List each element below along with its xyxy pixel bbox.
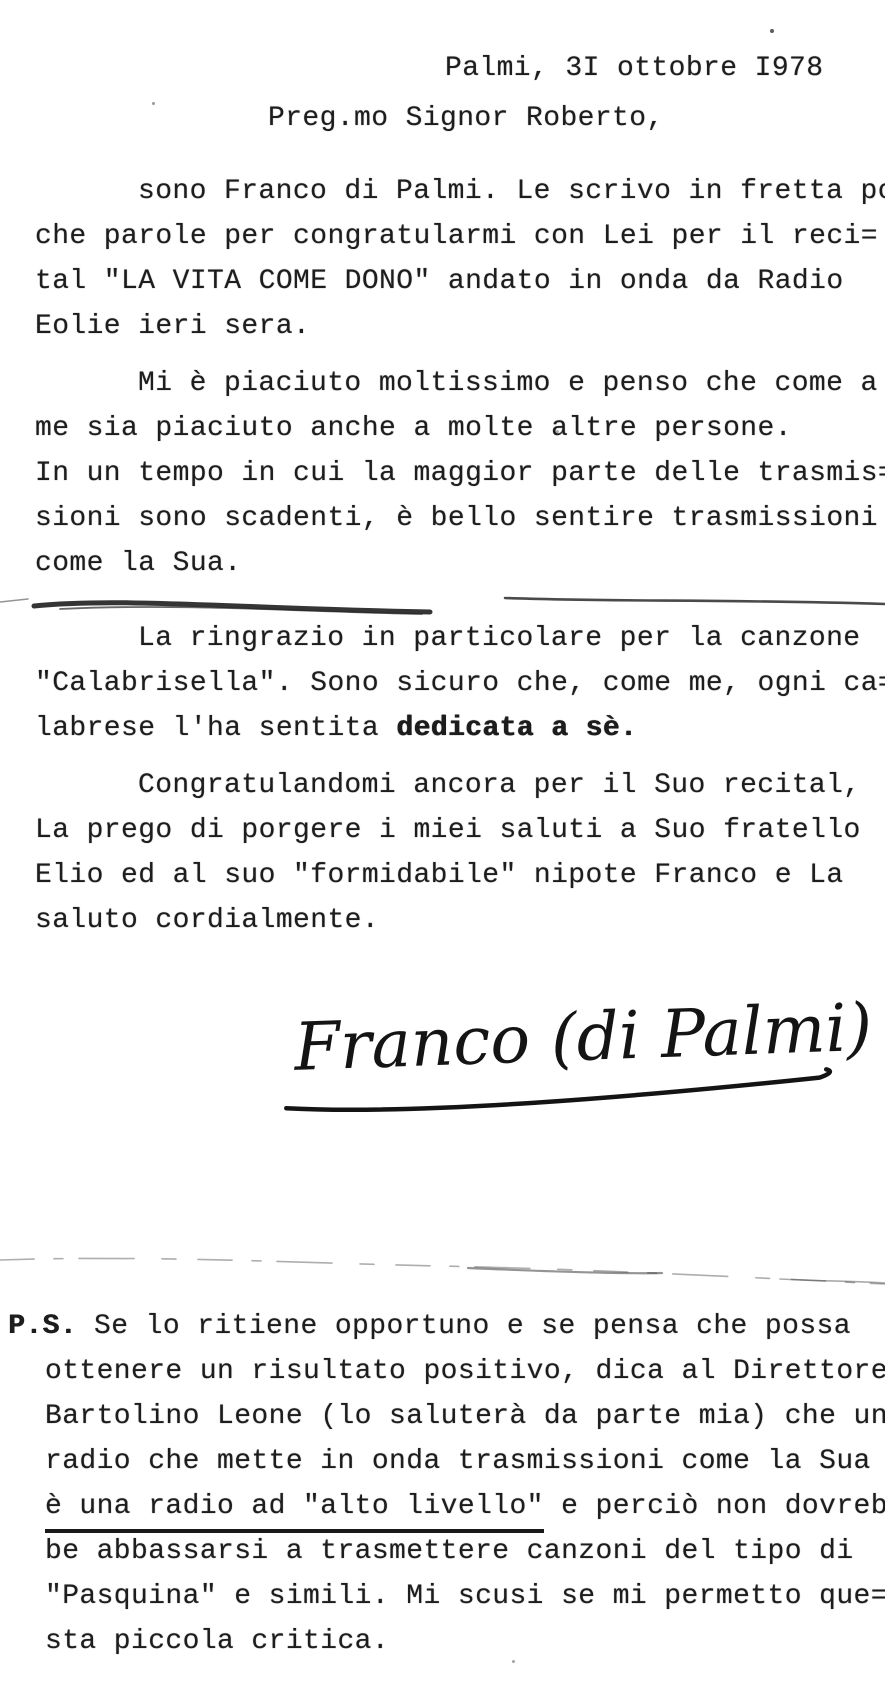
postscript: P.S. Se lo ritiene opportuno e se pensa … xyxy=(8,1304,885,1664)
ps-text: e perciò non dovreb= xyxy=(544,1491,885,1522)
signature: Franco (di Palmi) xyxy=(278,948,878,1118)
body-line: La prego di porgere i miei saluti a Suo … xyxy=(35,808,885,853)
ps-line: P.S. Se lo ritiene opportuno e se pensa … xyxy=(8,1304,885,1349)
scanned-letter-page: { "letter": { "ink_color": "#1d1d1d", "p… xyxy=(0,0,885,1705)
underlined-phrase: è una radio ad "alto livello" xyxy=(45,1488,544,1533)
date-line: Palmi, 3I ottobre I978 xyxy=(445,46,823,91)
ps-text: Se lo ritiene opportuno e se pensa che p… xyxy=(77,1311,851,1342)
paragraph-4: Congratulandomi ancora per il Suo recita… xyxy=(35,763,885,943)
ps-line: sta piccola critica. xyxy=(45,1619,885,1664)
ps-line: Bartolino Leone (lo saluterà da parte mi… xyxy=(45,1394,885,1439)
ps-line: radio che mette in onda trasmissioni com… xyxy=(45,1439,885,1484)
body-line: che parole per congratularmi con Lei per… xyxy=(35,214,885,259)
ps-line: ottenere un risultato positivo, dica al … xyxy=(45,1349,885,1394)
body-text: labrese l'ha sentita xyxy=(35,713,396,744)
scan-speck xyxy=(770,29,774,33)
body-line: sioni sono scadenti, è bello sentire tra… xyxy=(35,496,885,541)
body-line: me sia piaciuto anche a molte altre pers… xyxy=(35,406,885,451)
body-line: Congratulandomi ancora per il Suo recita… xyxy=(35,763,885,808)
ps-line: be abbassarsi a trasmettere canzoni del … xyxy=(45,1529,885,1574)
body-line: In un tempo in cui la maggior parte dell… xyxy=(35,451,885,496)
ps-label: P.S. xyxy=(8,1311,77,1342)
body-line: "Calabrisella". Sono sicuro che, come me… xyxy=(35,661,885,706)
paragraph-1: sono Franco di Palmi. Le scrivo in frett… xyxy=(35,169,885,349)
scan-speck xyxy=(512,1660,515,1663)
scan-speck xyxy=(556,430,559,433)
fold-crease-line xyxy=(0,1246,885,1296)
body-line: come la Sua. xyxy=(35,541,885,586)
body-line: La ringrazio in particolare per la canzo… xyxy=(35,616,885,661)
ps-line: è una radio ad "alto livello" e perciò n… xyxy=(45,1484,885,1529)
ps-line: "Pasquina" e simili. Mi scusi se mi perm… xyxy=(45,1574,885,1619)
body-line: labrese l'ha sentita dedicata a sè. xyxy=(35,706,885,751)
scan-speck xyxy=(152,102,155,105)
body-line: Eolie ieri sera. xyxy=(35,304,885,349)
signature-text: Franco (di Palmi) xyxy=(292,989,874,1086)
body-line: Elio ed al suo "formidabile" nipote Fran… xyxy=(35,853,885,898)
salutation: Preg.mo Signor Roberto, xyxy=(268,96,664,141)
overstruck-text: dedicata a sè. xyxy=(396,713,637,744)
body-line: tal "LA VITA COME DONO" andato in onda d… xyxy=(35,259,885,304)
body-line: saluto cordialmente. xyxy=(35,898,885,943)
body-line: sono Franco di Palmi. Le scrivo in frett… xyxy=(35,169,885,214)
paragraph-2: Mi è piaciuto moltissimo e penso che com… xyxy=(35,361,885,586)
paragraph-3: La ringrazio in particolare per la canzo… xyxy=(35,616,885,751)
body-line: Mi è piaciuto moltissimo e penso che com… xyxy=(35,361,885,406)
